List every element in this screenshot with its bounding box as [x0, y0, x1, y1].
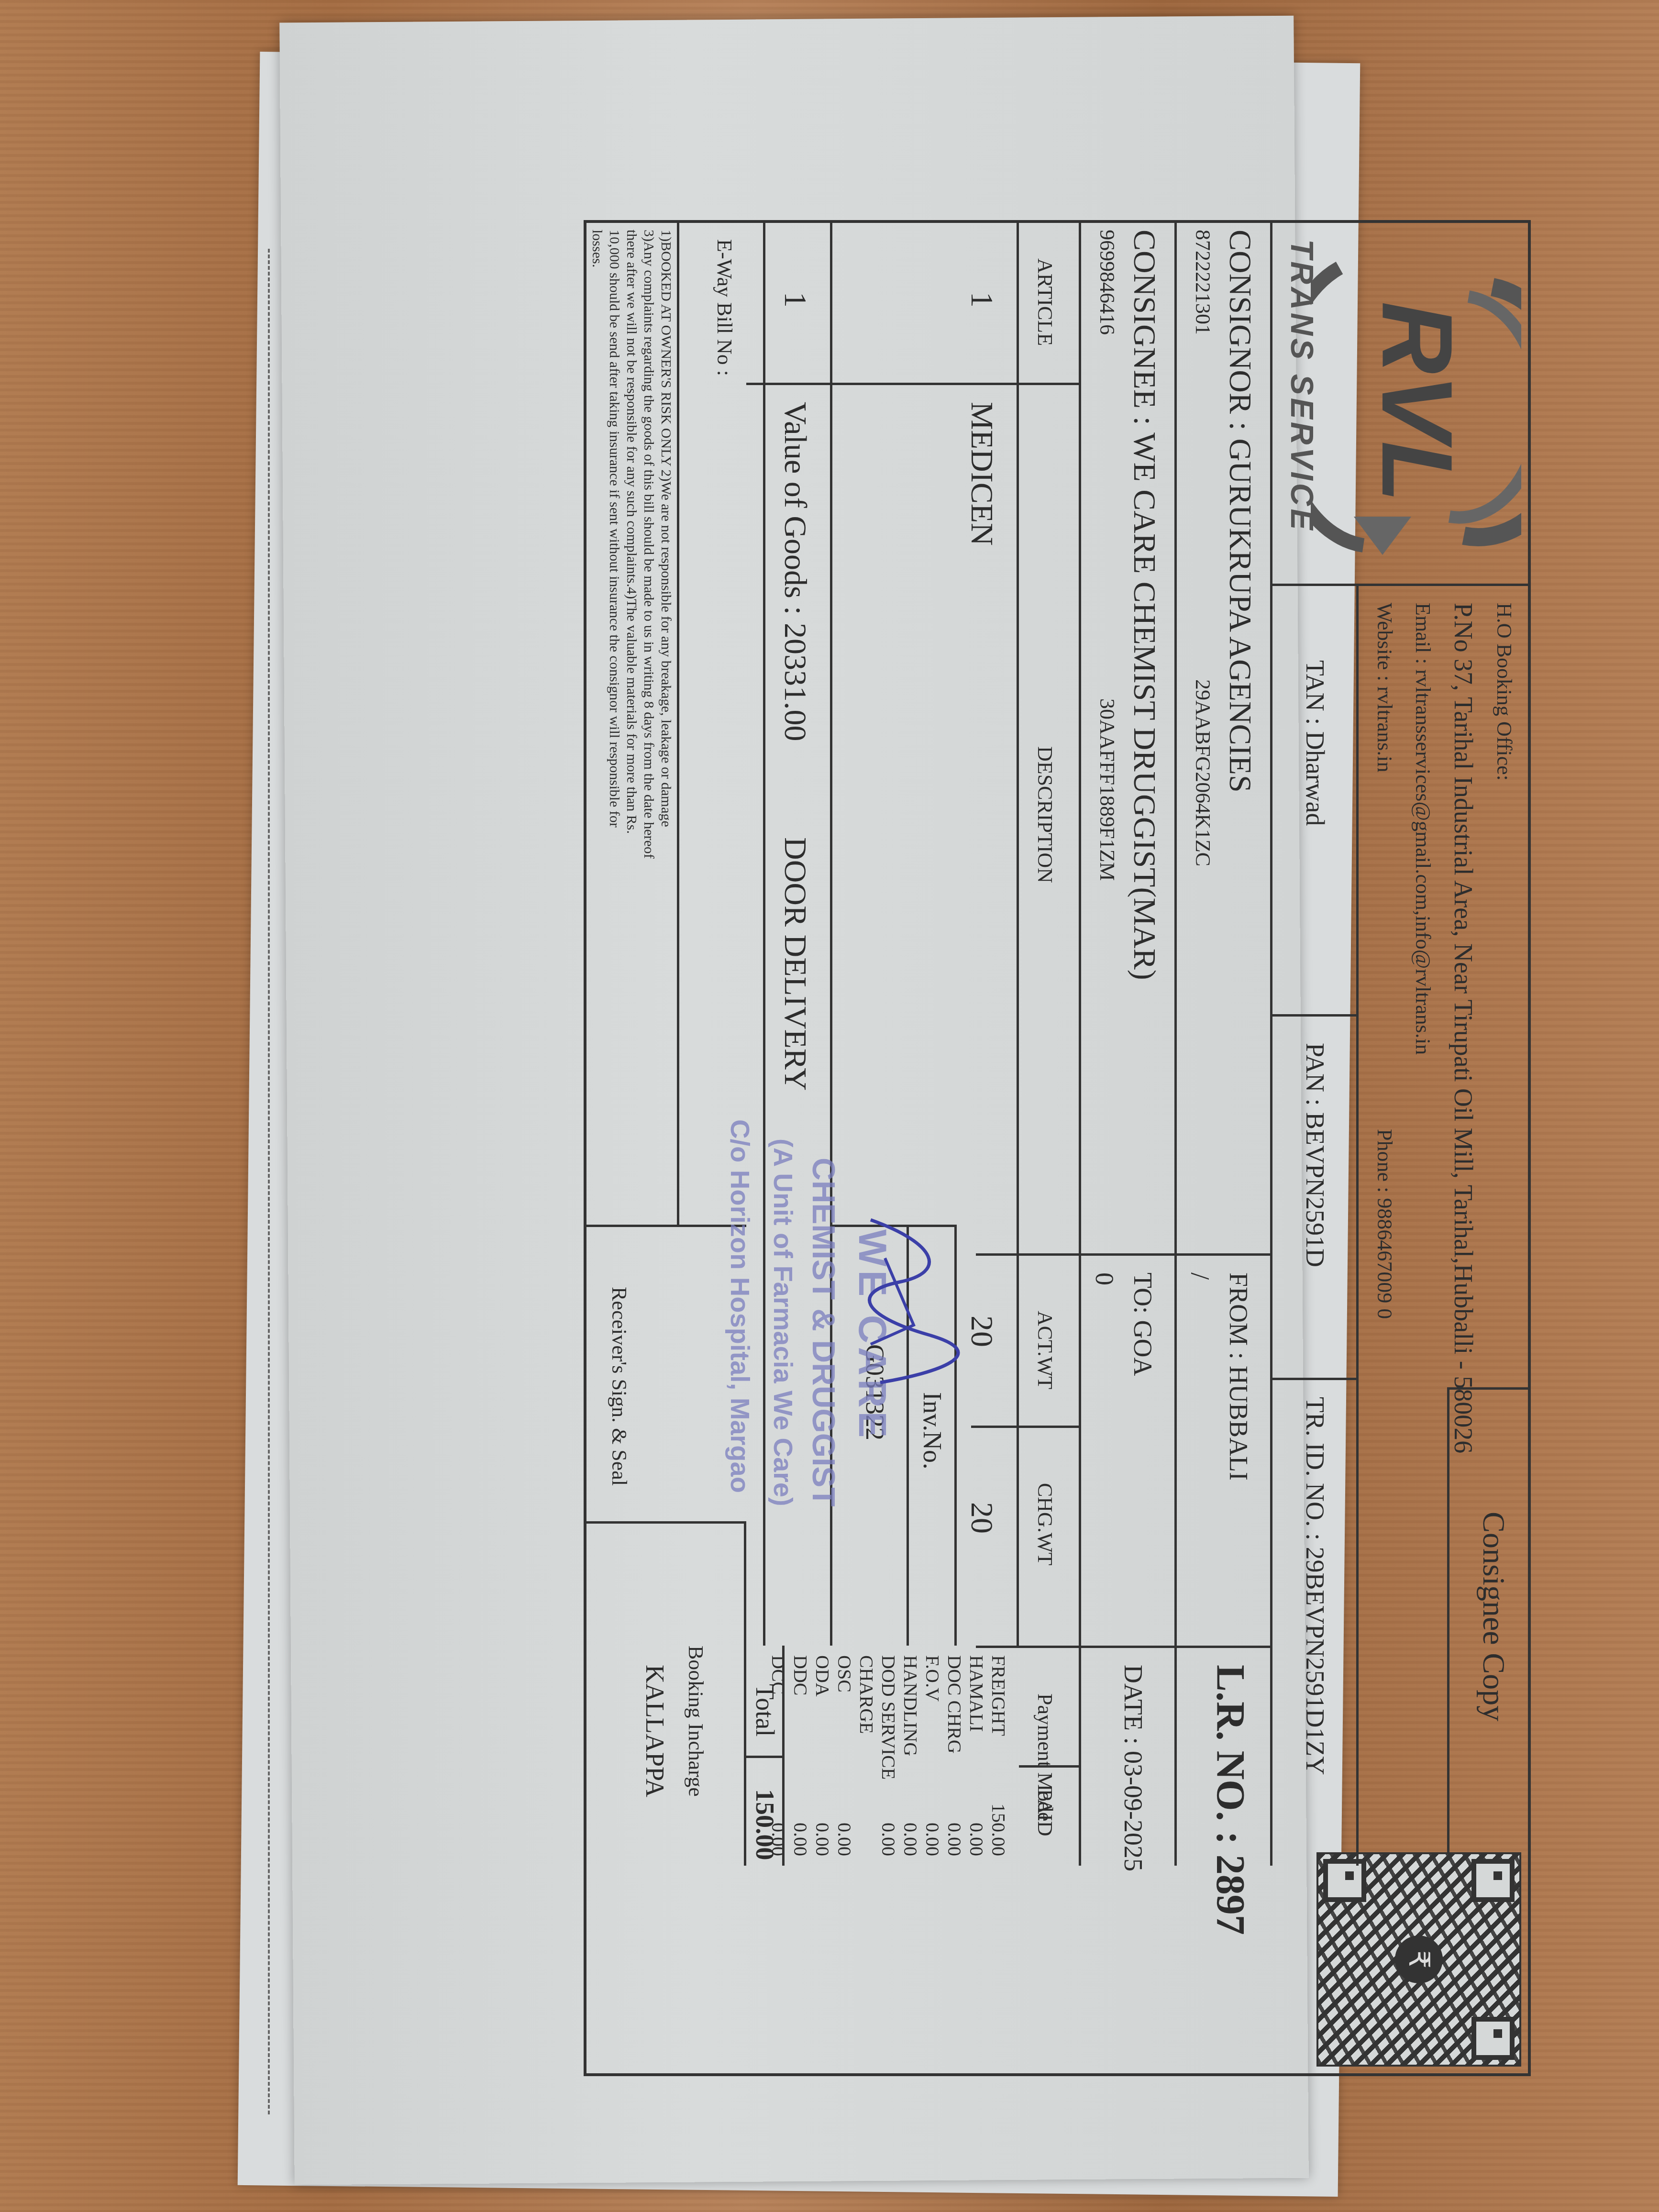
- terms-and-conditions: 1)BOOKED AT OWNER'S RISK ONLY 2)We are n…: [588, 230, 675, 1215]
- office-address: P.No 37, Tarihal Industrial Area, Near T…: [1449, 603, 1478, 1453]
- signature-icon: [842, 1201, 966, 1402]
- charge-name: DOC CHRG: [943, 1655, 965, 1754]
- total-label: Total: [750, 1684, 780, 1736]
- invoice-label: Inv.No.: [918, 1392, 947, 1469]
- value-of-goods: Value of Goods : 20331.00: [777, 402, 813, 741]
- stamp-line-3: (A Unit of Farmacia We Care): [768, 1139, 799, 1506]
- qr-code[interactable]: ₹: [1316, 1852, 1521, 2067]
- charge-amount: 0.00: [943, 1823, 965, 1856]
- receiver-sign-label: Receiver's Sign. & Seal: [607, 1287, 631, 1486]
- perforation-line: [268, 249, 270, 2114]
- article-count: 1: [963, 292, 1000, 308]
- total-value: 150.00: [750, 1789, 780, 1860]
- charge-amount: 0.00: [833, 1823, 855, 1856]
- charges-list: FREIGHT150.00HAMALI0.00DOC CHRG0.00F.O.V…: [767, 1655, 1009, 1856]
- charge-row: HANDLING0.00: [899, 1655, 921, 1856]
- charge-amount: 0.00: [811, 1823, 833, 1856]
- delivery-type: DOOR DELIVERY: [777, 837, 813, 1091]
- charge-row: FREIGHT150.00: [987, 1655, 1009, 1856]
- route-to: TO: GOA: [1128, 1272, 1158, 1376]
- payment-logo-icon: ₹: [1395, 1935, 1443, 1983]
- lr-date: DATE : 03-09-2025: [1118, 1665, 1148, 1871]
- charge-amount: 0.00: [789, 1823, 811, 1856]
- website: Website : rvltrans.in: [1372, 603, 1397, 773]
- logo-subtext: TRANS SERVICE: [1284, 239, 1320, 532]
- charge-name: F.O.V: [921, 1655, 943, 1702]
- charge-name: OSC: [833, 1655, 855, 1692]
- terms-line: 10,000 should be send after taking insur…: [606, 230, 623, 1215]
- charge-name: FREIGHT: [987, 1655, 1009, 1736]
- tr-id-number: TR. ID. NO. : 29BEVPN2591D1ZY: [1300, 1397, 1330, 1775]
- rvl-logo-icon: RVL: [1311, 230, 1521, 574]
- terms-line: there after we will not be responsible f…: [623, 230, 640, 1215]
- charge-row: DOC CHRG0.00: [943, 1655, 965, 1856]
- route-to-extra: 0: [1090, 1272, 1119, 1285]
- stamp-line-2: CHEMIST & DRUGGIST: [806, 1158, 842, 1507]
- eway-bill-label: E-Way Bill No :: [712, 239, 737, 376]
- charge-name: ODA: [811, 1655, 833, 1697]
- consignee-name: CONSIGNEE : WE CARE CHEMIST DRUGGIST(MAR…: [1126, 230, 1162, 980]
- terms-line: losses.: [588, 230, 606, 1215]
- col-chg-wt: CHG.WT: [1033, 1483, 1057, 1565]
- booking-incharge-label: Booking Incharge: [684, 1646, 708, 1797]
- col-act-wt: ACT.WT: [1033, 1311, 1057, 1389]
- consignee-gstin: 30AAFFF1889F1ZM: [1095, 698, 1119, 881]
- col-article: ARTICLE: [1033, 258, 1057, 346]
- tan-number: TAN : Dharwad: [1300, 660, 1330, 826]
- charge-name: DOD SERVICE CHARGE: [855, 1655, 899, 1823]
- route-from: FROM : HUBBALI: [1224, 1272, 1253, 1481]
- charge-name: HAMALI: [965, 1655, 987, 1732]
- stamp-line-4: C/o Horizon Hospital, Margao: [725, 1119, 756, 1493]
- charge-row: DOD SERVICE CHARGE0.00: [855, 1655, 899, 1856]
- charge-name: HANDLING: [899, 1655, 921, 1756]
- charge-amount: 0.00: [855, 1823, 899, 1856]
- lr-number: L.R. NO. : 2897: [1207, 1665, 1253, 1935]
- lorry-receipt: RVL TRANS SERVICE H.O Booking Office: P.…: [584, 220, 1531, 2076]
- consignor-phone: 8722221301: [1191, 230, 1215, 335]
- consignee-phone: 9699846416: [1095, 230, 1119, 335]
- charge-row: DDC0.00: [789, 1655, 811, 1856]
- charge-row: OSC0.00: [833, 1655, 855, 1856]
- copy-type-label: Consignee Copy: [1475, 1512, 1512, 1721]
- charge-amount: 0.00: [921, 1823, 943, 1856]
- booking-incharge-name: KALLAPPA: [640, 1665, 670, 1797]
- charge-row: F.O.V0.00: [921, 1655, 943, 1856]
- consignor-gstin: 29AABFG2064K1ZC: [1191, 679, 1215, 866]
- email: Email : rvltransservices@gmail.com,info@…: [1411, 603, 1435, 1055]
- office-label: H.O Booking Office:: [1492, 603, 1516, 781]
- charge-amount: 0.00: [899, 1823, 921, 1856]
- charged-weight: 20: [963, 1502, 1000, 1534]
- col-description: DESCRIPTION: [1033, 746, 1057, 883]
- actual-weight: 20: [963, 1316, 1000, 1347]
- charge-amount: 150.00: [987, 1803, 1009, 1856]
- route-from-extra: /: [1185, 1272, 1215, 1280]
- svg-text:RVL: RVL: [1361, 301, 1473, 502]
- charge-name: DDC: [789, 1655, 811, 1695]
- terms-line: 1)BOOKED AT OWNER'S RISK ONLY 2)We are n…: [657, 230, 675, 1215]
- charge-row: HAMALI0.00: [965, 1655, 987, 1856]
- phone: Phone : 9886467009 0: [1372, 1129, 1397, 1319]
- total-articles: 1: [777, 292, 813, 308]
- charge-row: ODA0.00: [811, 1655, 833, 1856]
- terms-line: 3)Any complaints regarding the goods of …: [640, 230, 657, 1215]
- charge-amount: 0.00: [965, 1823, 987, 1856]
- consignor-name: CONSIGNOR : GURUKRUPA AGENCIES: [1222, 230, 1258, 793]
- payment-mode-value: PAID: [1033, 1789, 1057, 1836]
- pan-number: PAN : BEVPN2591D: [1300, 1043, 1330, 1267]
- article-description: MEDICEN: [963, 402, 1000, 546]
